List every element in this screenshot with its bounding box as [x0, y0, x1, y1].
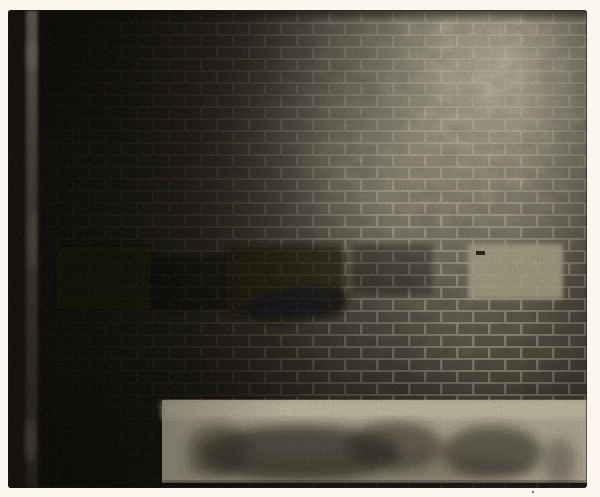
film-speckle	[8, 10, 587, 488]
photograph	[0, 0, 600, 497]
photo-canvas	[0, 0, 600, 497]
photo-print	[0, 0, 600, 497]
dust-speck	[532, 491, 535, 494]
photo-area	[8, 10, 587, 488]
